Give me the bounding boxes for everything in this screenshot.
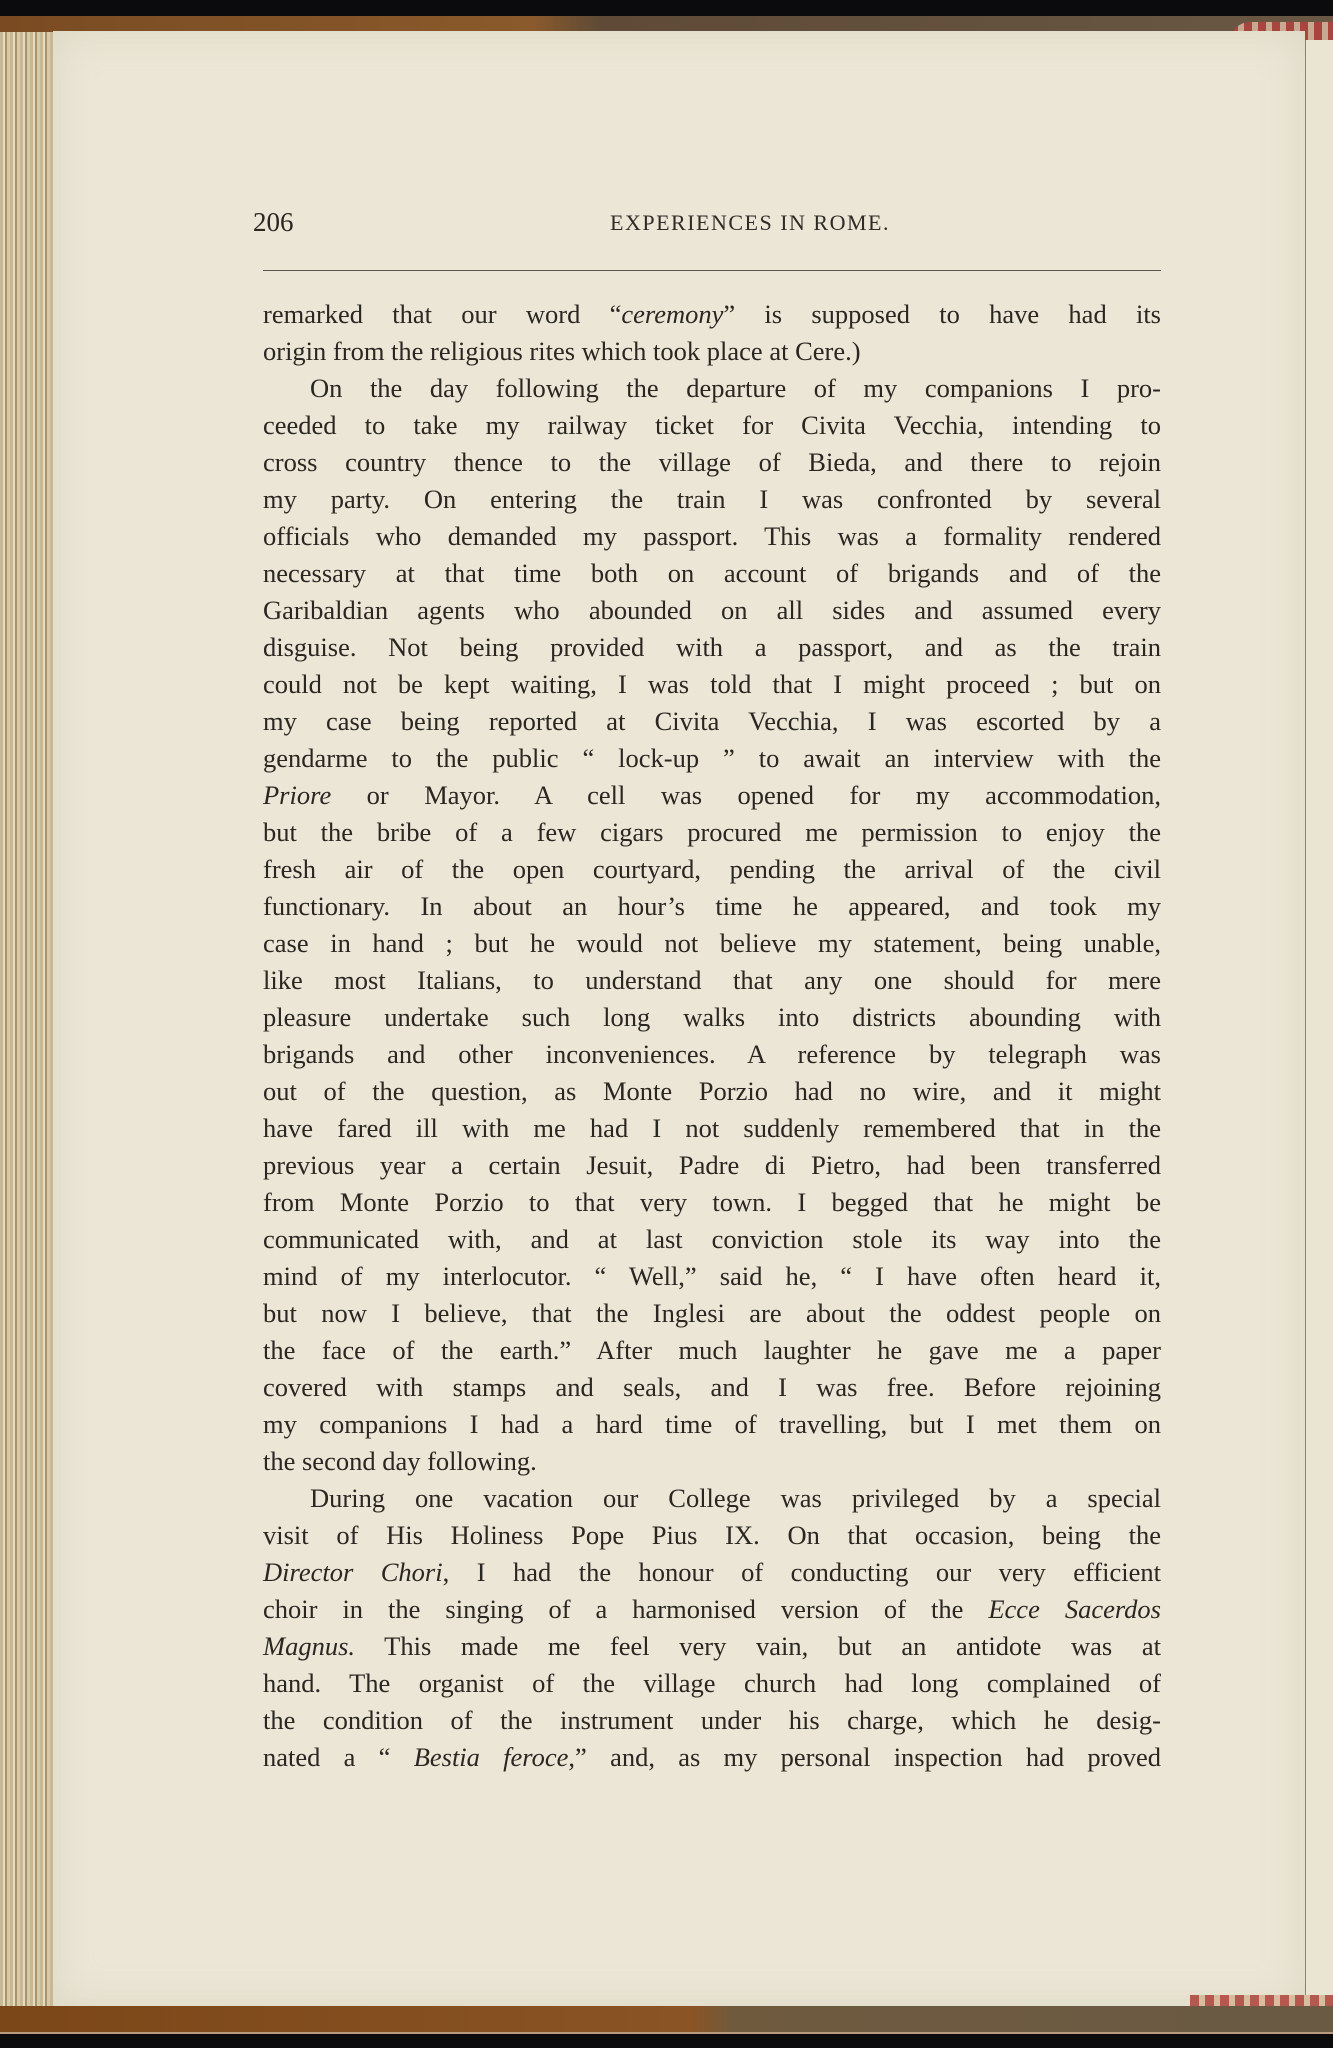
text-line: choir in the singing of a harmonised ver… — [263, 1591, 1161, 1628]
text-line: communicated with, and at last convictio… — [263, 1221, 1161, 1258]
page-edges-left — [0, 32, 54, 2008]
book-binding-top — [0, 16, 1333, 32]
text-segment: remarked that our word “ — [263, 299, 621, 329]
text-line: covered with stamps and seals, and I was… — [263, 1369, 1161, 1406]
running-head: EXPERIENCES IN ROME. — [500, 210, 1000, 236]
text-line: visit of His Holiness Pope Pius IX. On t… — [263, 1517, 1161, 1554]
text-segment: cross country thence to the village of B… — [263, 447, 1161, 477]
text-line: from Monte Porzio to that very town. I b… — [263, 1184, 1161, 1221]
text-segment: have fared ill with me had I not suddenl… — [263, 1113, 1161, 1143]
text-line: officials who demanded my passport. This… — [263, 518, 1161, 555]
text-segment: fresh air of the open courtyard, pending… — [263, 854, 1161, 884]
text-line: the face of the earth.” After much laugh… — [263, 1332, 1161, 1369]
text-segment: , I had the honour of conducting our ver… — [443, 1557, 1161, 1587]
text-line: Director Chori, I had the honour of cond… — [263, 1554, 1161, 1591]
body-text: remarked that our word “ceremony” is sup… — [263, 296, 1161, 1776]
text-line: but now I believe, that the Inglesi are … — [263, 1295, 1161, 1332]
text-line: but the bribe of a few cigars procured m… — [263, 814, 1161, 851]
text-segment: from Monte Porzio to that very town. I b… — [263, 1187, 1161, 1217]
text-line: fresh air of the open courtyard, pending… — [263, 851, 1161, 888]
next-leaf-edge — [1305, 40, 1333, 2000]
text-segment: my case being reported at Civita Vecchia… — [263, 706, 1161, 736]
text-segment: communicated with, and at last convictio… — [263, 1224, 1161, 1254]
text-line: Magnus. This made me feel very vain, but… — [263, 1628, 1161, 1665]
text-line: origin from the religious rites which to… — [263, 333, 1161, 370]
text-segment: On the day following the departure of my… — [310, 373, 1161, 403]
text-segment: Garibaldian agents who abounded on all s… — [263, 595, 1161, 625]
book-binding-bottom — [0, 2006, 1333, 2034]
italic-text: Bestia feroce — [414, 1742, 569, 1772]
text-line: out of the question, as Monte Porzio had… — [263, 1073, 1161, 1110]
text-segment: case in hand ; but he would not believe … — [263, 928, 1161, 958]
text-segment: like most Italians, to understand that a… — [263, 965, 1161, 995]
text-line: my party. On entering the train I was co… — [263, 481, 1161, 518]
text-segment: mind of my interlocutor. “ Well,” said h… — [263, 1261, 1161, 1291]
text-segment: officials who demanded my passport. This… — [263, 521, 1161, 551]
text-line: During one vacation our College was priv… — [263, 1480, 1161, 1517]
text-line: previous year a certain Jesuit, Padre di… — [263, 1147, 1161, 1184]
text-line: case in hand ; but he would not believe … — [263, 925, 1161, 962]
text-segment: my party. On entering the train I was co… — [263, 484, 1161, 514]
italic-text: Ecce Sacerdos — [988, 1594, 1161, 1624]
text-segment: but the bribe of a few cigars procured m… — [263, 817, 1161, 847]
text-line: necessary at that time both on account o… — [263, 555, 1161, 592]
text-line: functionary. In about an hour’s time he … — [263, 888, 1161, 925]
text-segment: the face of the earth.” After much laugh… — [263, 1335, 1161, 1365]
text-segment: choir in the singing of a harmonised ver… — [263, 1594, 988, 1624]
text-segment: out of the question, as Monte Porzio had… — [263, 1076, 1161, 1106]
text-line: the second day following. — [263, 1443, 1161, 1480]
text-segment: pleasure undertake such long walks into … — [263, 1002, 1161, 1032]
text-line: could not be kept waiting, I was told th… — [263, 666, 1161, 703]
text-segment: ” is supposed to have had its — [723, 299, 1161, 329]
text-segment: covered with stamps and seals, and I was… — [263, 1372, 1161, 1402]
text-line: Garibaldian agents who abounded on all s… — [263, 592, 1161, 629]
text-segment: During one vacation our College was priv… — [310, 1483, 1161, 1513]
text-segment: but now I believe, that the Inglesi are … — [263, 1298, 1161, 1328]
text-line: ceeded to take my railway ticket for Civ… — [263, 407, 1161, 444]
text-line: my case being reported at Civita Vecchia… — [263, 703, 1161, 740]
text-segment: disguise. Not being provided with a pass… — [263, 632, 1161, 662]
page-number: 206 — [253, 207, 294, 238]
text-line: hand. The organist of the village church… — [263, 1665, 1161, 1702]
text-line: gendarme to the public “ lock-up ” to aw… — [263, 740, 1161, 777]
italic-text: Director Chori — [263, 1557, 443, 1587]
text-segment: functionary. In about an hour’s time he … — [263, 891, 1161, 921]
italic-text: Priore — [263, 780, 331, 810]
text-segment: hand. The organist of the village church… — [263, 1668, 1161, 1698]
text-segment: gendarme to the public “ lock-up ” to aw… — [263, 743, 1161, 773]
text-line: have fared ill with me had I not suddenl… — [263, 1110, 1161, 1147]
text-segment: brigands and other inconveniences. A ref… — [263, 1039, 1161, 1069]
text-line: nated a “ Bestia feroce,” and, as my per… — [263, 1739, 1161, 1776]
text-segment: my companions I had a hard time of trave… — [263, 1409, 1161, 1439]
text-line: remarked that our word “ceremony” is sup… — [263, 296, 1161, 333]
italic-text: ceremony — [621, 299, 723, 329]
text-line: like most Italians, to understand that a… — [263, 962, 1161, 999]
text-line: mind of my interlocutor. “ Well,” said h… — [263, 1258, 1161, 1295]
text-segment: origin from the religious rites which to… — [263, 336, 861, 366]
header-rule — [263, 270, 1161, 271]
text-segment: the second day following. — [263, 1446, 537, 1476]
text-line: disguise. Not being provided with a pass… — [263, 629, 1161, 666]
text-segment: the condition of the instrument under hi… — [263, 1705, 1161, 1735]
text-segment: ,” and, as my personal inspection had pr… — [568, 1742, 1161, 1772]
text-segment: necessary at that time both on account o… — [263, 558, 1161, 588]
text-segment: visit of His Holiness Pope Pius IX. On t… — [263, 1520, 1161, 1550]
italic-text: Magnus. — [263, 1631, 355, 1661]
text-segment: previous year a certain Jesuit, Padre di… — [263, 1150, 1161, 1180]
text-segment: or Mayor. A cell was opened for my accom… — [331, 780, 1161, 810]
text-line: cross country thence to the village of B… — [263, 444, 1161, 481]
text-line: On the day following the departure of my… — [263, 370, 1161, 407]
text-line: my companions I had a hard time of trave… — [263, 1406, 1161, 1443]
text-segment: This made me feel very vain, but an anti… — [355, 1631, 1161, 1661]
text-segment: nated a “ — [263, 1742, 414, 1772]
text-line: pleasure undertake such long walks into … — [263, 999, 1161, 1036]
text-segment: could not be kept waiting, I was told th… — [263, 669, 1161, 699]
text-line: the condition of the instrument under hi… — [263, 1702, 1161, 1739]
text-segment: ceeded to take my railway ticket for Civ… — [263, 410, 1161, 440]
text-line: Priore or Mayor. A cell was opened for m… — [263, 777, 1161, 814]
text-line: brigands and other inconveniences. A ref… — [263, 1036, 1161, 1073]
